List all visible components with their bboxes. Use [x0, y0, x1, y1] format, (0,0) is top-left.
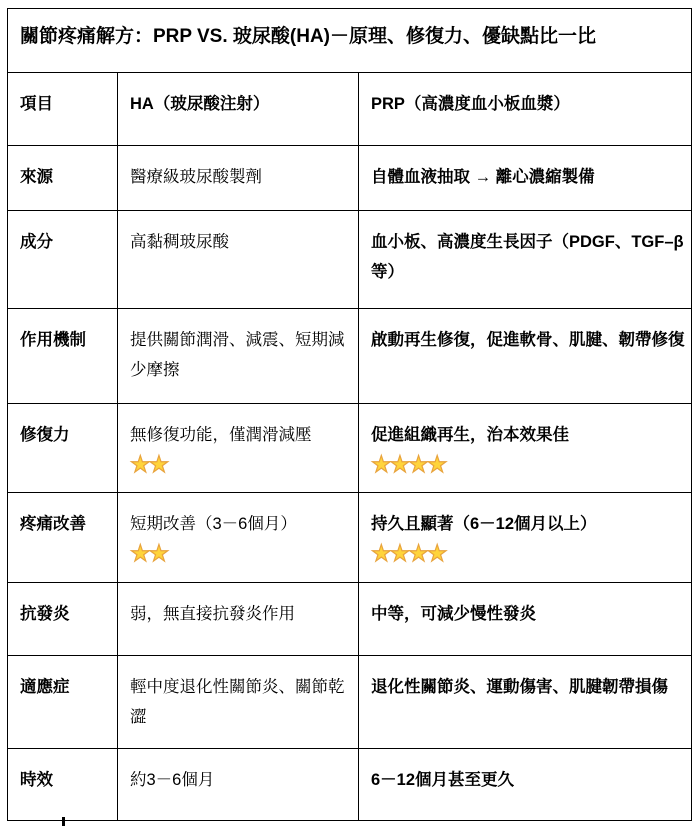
cell-text: 短期改善（3－6個月） — [130, 509, 346, 539]
cell-text: 弱，無直接抗發炎作用 — [130, 599, 346, 629]
row-label[interactable]: 疼痛改善 — [8, 493, 118, 583]
ha-cell[interactable]: 無修復功能，僅潤滑減壓 ★★ — [118, 404, 359, 493]
prp-cell[interactable]: 自體血液抽取 → 離心濃縮製備 — [359, 146, 692, 211]
table-row-repair: 修復力 無修復功能，僅潤滑減壓 ★★ 促進組織再生，治本效果佳 ★★★★ — [8, 404, 692, 493]
ha-cell[interactable]: 短期改善（3－6個月） ★★ — [118, 493, 359, 583]
cell-text: 中等，可減少慢性發炎 — [371, 599, 685, 629]
cell-text: 6－12個月甚至更久 — [371, 765, 685, 795]
header-prp[interactable]: PRP（高濃度血小板血漿） — [359, 73, 692, 146]
header-ha[interactable]: HA（玻尿酸注射） — [118, 73, 359, 146]
row-label[interactable]: 成分 — [8, 211, 118, 309]
ha-cell[interactable]: 輕中度退化性關節炎、關節乾澀 — [118, 656, 359, 749]
table-row-anti-inflammatory: 抗發炎 弱，無直接抗發炎作用 中等，可減少慢性發炎 — [8, 583, 692, 656]
table-title[interactable]: 關節疼痛解方：PRP VS. 玻尿酸(HA)－原理、修復力、優缺點比一比 — [8, 9, 692, 73]
prp-cell[interactable]: 中等，可減少慢性發炎 — [359, 583, 692, 656]
header-item[interactable]: 項目 — [8, 73, 118, 146]
ha-cell[interactable]: 提供關節潤滑、減震、短期減少摩擦 — [118, 309, 359, 404]
table-row-source: 來源 醫療級玻尿酸製劑 自體血液抽取 → 離心濃縮製備 — [8, 146, 692, 211]
cell-text: 退化性關節炎、運動傷害、肌腱韌帶損傷 — [371, 672, 685, 702]
cell-text: 促進組織再生，治本效果佳 — [371, 420, 685, 450]
ha-cell[interactable]: 弱，無直接抗發炎作用 — [118, 583, 359, 656]
cell-text: 約3－6個月 — [130, 765, 346, 795]
comparison-table: 關節疼痛解方：PRP VS. 玻尿酸(HA)－原理、修復力、優缺點比一比 項目 … — [7, 8, 692, 821]
table-row-ingredients: 成分 高黏稠玻尿酸 血小板、高濃度生長因子（PDGF、TGF–β 等） — [8, 211, 692, 309]
table-row-duration: 時效 約3－6個月 6－12個月甚至更久 — [8, 749, 692, 821]
prp-cell[interactable]: 血小板、高濃度生長因子（PDGF、TGF–β 等） — [359, 211, 692, 309]
row-label[interactable]: 作用機制 — [8, 309, 118, 404]
prp-cell[interactable]: 促進組織再生，治本效果佳 ★★★★ — [359, 404, 692, 493]
cell-text: 啟動再生修復，促進軟骨、肌腱、韌帶修復 — [371, 325, 685, 355]
ha-cell[interactable]: 醫療級玻尿酸製劑 — [118, 146, 359, 211]
row-label[interactable]: 來源 — [8, 146, 118, 211]
row-label[interactable]: 時效 — [8, 749, 118, 821]
cell-text: 輕中度退化性關節炎、關節乾澀 — [130, 672, 346, 732]
cell-text: 高黏稠玻尿酸 — [130, 227, 346, 257]
row-label[interactable]: 適應症 — [8, 656, 118, 749]
row-label[interactable]: 修復力 — [8, 404, 118, 493]
table-row-mechanism: 作用機制 提供關節潤滑、減震、短期減少摩擦 啟動再生修復，促進軟骨、肌腱、韌帶修… — [8, 309, 692, 404]
cell-text: 持久且顯著（6－12個月以上） — [371, 509, 685, 539]
table-row-pain-relief: 疼痛改善 短期改善（3－6個月） ★★ 持久且顯著（6－12個月以上） ★★★★ — [8, 493, 692, 583]
prp-cell[interactable]: 啟動再生修復，促進軟骨、肌腱、韌帶修復 — [359, 309, 692, 404]
table-header-row: 項目 HA（玻尿酸注射） PRP（高濃度血小板血漿） — [8, 73, 692, 146]
prp-cell[interactable]: 退化性關節炎、運動傷害、肌腱韌帶損傷 — [359, 656, 692, 749]
text-cursor — [62, 817, 65, 826]
cell-text: 血小板、高濃度生長因子（PDGF、TGF–β 等） — [371, 227, 685, 287]
star-rating: ★★★★ — [371, 542, 685, 565]
star-rating: ★★ — [130, 542, 346, 565]
ha-cell[interactable]: 高黏稠玻尿酸 — [118, 211, 359, 309]
prp-cell[interactable]: 6－12個月甚至更久 — [359, 749, 692, 821]
ha-cell[interactable]: 約3－6個月 — [118, 749, 359, 821]
cell-text: 提供關節潤滑、減震、短期減少摩擦 — [130, 325, 346, 385]
row-label[interactable]: 抗發炎 — [8, 583, 118, 656]
table-row-title: 關節疼痛解方：PRP VS. 玻尿酸(HA)－原理、修復力、優缺點比一比 — [8, 9, 692, 73]
star-rating: ★★★★ — [371, 453, 685, 476]
cell-text: 自體血液抽取 → 離心濃縮製備 — [371, 162, 685, 192]
cell-text: 無修復功能，僅潤滑減壓 — [130, 420, 346, 450]
cell-text: 醫療級玻尿酸製劑 — [130, 162, 346, 192]
prp-cell[interactable]: 持久且顯著（6－12個月以上） ★★★★ — [359, 493, 692, 583]
star-rating: ★★ — [130, 453, 346, 476]
table-row-indications: 適應症 輕中度退化性關節炎、關節乾澀 退化性關節炎、運動傷害、肌腱韌帶損傷 — [8, 656, 692, 749]
